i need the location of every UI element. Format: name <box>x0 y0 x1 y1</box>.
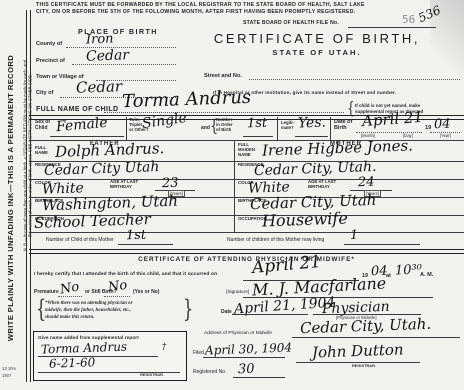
dob-year-value: 04 <box>434 118 451 132</box>
father-name-value: Dolph Andrus. <box>55 141 165 160</box>
margin-write-plainly-text: WRITE PLAINLY WITH UNFADING INK—THIS IS … <box>7 33 16 363</box>
physician-footnote: *When there was no attending physician o… <box>45 300 133 321</box>
physician-section-header: CERTIFICATE OF ATTENDING PHYSICIAN OR MI… <box>29 256 464 263</box>
mother-age-label: AGE AT LAST BIRTHDAY <box>308 180 336 190</box>
registrar-signature: John Dutton <box>312 342 404 360</box>
stillbirth-value: No <box>107 279 128 295</box>
child-order-count-line <box>118 243 173 245</box>
year-tick: [Year] <box>440 133 451 138</box>
order-underline <box>243 135 273 137</box>
signature-line <box>243 296 433 298</box>
order-value: 1st <box>247 117 268 131</box>
registered-no-value: 30 <box>238 363 255 377</box>
father-name-label: FULL NAME <box>35 145 48 155</box>
sex-label-line2: Child <box>35 126 50 132</box>
sex-value: Female <box>55 116 108 134</box>
child-order-count-label: Number of Child of this Mother <box>46 238 114 244</box>
county-label: County of <box>36 41 62 47</box>
mother-name-label: FULL MAIDEN NAME <box>238 143 255 158</box>
and-label: and <box>201 126 210 132</box>
living-count-value: 1 <box>350 229 359 242</box>
margin-instruction-block: WRITE PLAINLY WITH UNFADING INK—THIS IS … <box>7 33 19 363</box>
vitals-divider-1 <box>126 117 127 140</box>
parents-rule-5 <box>29 231 464 233</box>
occurred-at-label: at <box>386 273 391 279</box>
occurred-time-value: 10³⁰ <box>395 264 422 278</box>
city-label: City of <box>36 90 53 96</box>
registrar-label: REGISTRAR. <box>352 363 376 368</box>
county-value: Iron <box>86 33 114 47</box>
registered-no-label: Registered No. <box>193 370 226 376</box>
legitimate-value: Yes. <box>298 116 326 131</box>
registered-no-line <box>233 376 285 378</box>
birth-certificate-document: WRITE PLAINLY WITH UNFADING INK—THIS IS … <box>0 0 464 390</box>
mother-age-label-line2: BIRTHDAY <box>308 185 336 190</box>
counts-double-rule <box>29 249 464 254</box>
file-number-line <box>348 26 436 28</box>
signature-label: [Signature] <box>226 290 249 296</box>
physician-address-label: Address of Physician or Midwife <box>204 331 272 337</box>
father-residence-value: Cedar City Utah <box>44 160 160 178</box>
print-code-line1: 13 10m <box>2 366 16 371</box>
dob-label-line2: Birth <box>334 125 352 131</box>
forward-notice-line2: CITY, ON OR BEFORE THE 5TH OF THE FOLLOW… <box>36 10 356 16</box>
sex-underline <box>50 135 124 137</box>
occurred-date-value: April 21 <box>251 254 321 277</box>
print-code-line2: 1907 <box>2 373 11 378</box>
supplemental-registrar-label: REGISTRAR. <box>140 372 164 377</box>
supplemental-mark: † <box>162 343 167 352</box>
supplemental-name-value: Torma Andrus <box>41 341 127 356</box>
street-label: Street and No. <box>204 73 242 79</box>
dob-value: April 21 <box>362 110 424 129</box>
mother-occupation-value: Housewife <box>262 211 348 230</box>
twin-value: Single <box>141 111 187 131</box>
legitimate-label: Legiti- mate? <box>281 121 294 131</box>
father-age-label-line2: BIRTHDAY <box>110 185 138 190</box>
yesno-label: (Yes or No) <box>133 290 159 296</box>
child-order-count-value: 1st <box>126 229 147 243</box>
mother-name-value: Irene Higbee Jones. <box>262 138 413 158</box>
father-age-label: AGE AT LAST BIRTHDAY <box>110 180 138 190</box>
certificate-title: CERTIFICATE OF BIRTH, <box>212 31 422 46</box>
physician-address-line <box>292 336 460 338</box>
child-note-line1: If child is not yet named, make <box>355 103 420 108</box>
file-number-label: STATE BOARD OF HEALTH FILE No. <box>243 21 339 27</box>
living-count-label: Number of children of this Mother now li… <box>227 238 324 244</box>
precinct-label: Precinct of <box>36 58 65 64</box>
dob-label: Date of Birth <box>334 119 352 131</box>
order-label: Number in Order of Birth <box>216 118 233 133</box>
physician-date-line <box>232 313 308 315</box>
premature-value: No <box>59 280 80 296</box>
footnote-line3: should make this return. <box>45 314 133 321</box>
vitals-divider-3 <box>330 117 331 140</box>
physician-date-label: Date <box>221 310 232 316</box>
file-number-stamp: 56 <box>402 13 415 26</box>
legitimate-underline <box>295 135 328 137</box>
order-label-line3: of Birth <box>216 128 233 133</box>
filed-line <box>203 356 285 358</box>
parents-divider <box>234 140 235 232</box>
supplemental-date-value: 6-21-60 <box>49 356 96 370</box>
footnote-line1: *When there was no attending physician o… <box>45 300 133 307</box>
vitals-divider-2 <box>277 117 278 140</box>
footnote-brace-right: } <box>183 294 193 323</box>
street-line <box>249 78 460 80</box>
city-value: Cedar <box>76 79 123 96</box>
footnote-line2: midwife, then the father, householder, e… <box>45 307 133 314</box>
physician-address-value: Cedar City, Utah. <box>300 317 432 337</box>
living-count-line <box>344 243 420 245</box>
stillbirth-blank <box>104 295 130 297</box>
filed-date-value: April 30, 1904 <box>205 341 292 356</box>
mother-age-value: 24 <box>358 176 375 190</box>
precinct-value: Cedar <box>86 48 129 63</box>
child-name-value: Torma Andrus <box>122 89 252 111</box>
sex-label: Sex of Child <box>35 120 50 132</box>
occurred-meridiem: A. M. <box>420 272 433 278</box>
legitimate-label-line2: mate? <box>281 126 294 131</box>
mother-name-label-line3: NAME <box>238 153 255 158</box>
state-of-utah-subtitle: STATE OF UTAH. <box>212 49 422 58</box>
father-name-label-line2: NAME <box>35 150 48 155</box>
